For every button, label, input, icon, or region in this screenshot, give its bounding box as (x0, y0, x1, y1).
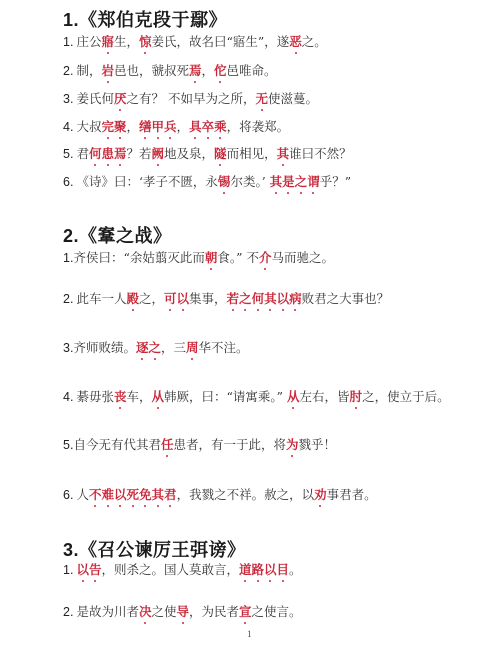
highlighted-term: 缮甲兵 (139, 119, 177, 135)
text-segment: ， (202, 63, 215, 78)
text-segment: 姜氏何 (76, 91, 114, 106)
highlighted-term: 导 (176, 604, 189, 620)
highlighted-term: 肘 (350, 389, 363, 405)
list-item: 3.姜氏何厌之有？ 不如早为之所，无使滋蔓。 (63, 91, 318, 107)
section-title-2: 2.《鞌之战》 (63, 222, 172, 248)
text-segment: 庄公 (76, 34, 101, 49)
text-segment: 之使 (151, 604, 176, 619)
text-segment: ，我戮之不祥。赦之，以 (177, 487, 315, 502)
item-number: 4. (63, 390, 73, 404)
highlighted-term: 厌 (114, 91, 127, 107)
highlighted-term: 其是之谓 (270, 174, 320, 190)
text-segment: 君 (76, 146, 89, 161)
item-number: 4. (63, 120, 73, 134)
text-segment: 马而驰之。 (272, 250, 335, 265)
item-number: 1. (63, 251, 73, 265)
text-segment: 谁曰不然？ (289, 146, 352, 161)
highlighted-term: 完聚 (101, 119, 126, 135)
text-segment: 而相见， (227, 146, 277, 161)
highlighted-term: 焉 (189, 63, 202, 79)
document-page: 1.《郑伯克段于鄢》 1.庄公寤生，惊姜氏，故名曰“寤生”，遂恶之。 2.制，岩… (0, 0, 500, 666)
text-segment: ？若 (127, 146, 152, 161)
text-segment: 齐侯曰：“余姑翦灭此而 (73, 250, 204, 265)
highlighted-term: 逐之 (136, 340, 161, 356)
text-segment: ， (177, 119, 190, 134)
text-segment: 乎？” (320, 174, 351, 189)
highlighted-term: 岩 (101, 63, 114, 79)
text-segment: 邑唯命。 (227, 63, 277, 78)
text-segment: 齐师败绩。 (73, 340, 136, 355)
highlighted-term: 佗 (214, 63, 227, 79)
highlighted-term: 殿 (126, 291, 139, 307)
section-title-3: 3.《召公谏厉王弭谤》 (63, 536, 246, 562)
text-segment: 人 (76, 487, 89, 502)
text-segment: 车， (126, 389, 151, 404)
item-number: 2. (63, 605, 73, 619)
text-segment: 自今无有代其君 (73, 437, 161, 452)
text-segment: 。 (289, 562, 302, 577)
item-number: 3. (63, 341, 73, 355)
item-number: 5. (63, 147, 73, 161)
highlighted-term: 介 (259, 250, 272, 266)
highlighted-term: 以告 (76, 562, 101, 578)
list-item: 4.大叔完聚，缮甲兵，具卒乘，将袭郑。 (63, 119, 289, 135)
item-number: 6. (63, 175, 73, 189)
list-item: 2.此车一人殿之，可以集事，若之何其以病败君之大事也？ (63, 291, 389, 307)
item-number: 2. (63, 292, 73, 306)
list-item: 4.綦毋张丧车，从韩厥，曰：“请寓乘。” 从左右，皆肘之，使立于后。 (63, 389, 450, 405)
highlighted-term: 锡 (218, 174, 231, 190)
highlighted-term: 具卒乘 (189, 119, 227, 135)
highlighted-term: 从 (287, 389, 300, 405)
item-number: 6. (63, 488, 73, 502)
text-segment: 制， (76, 63, 101, 78)
text-segment: 左右，皆 (300, 389, 350, 404)
text-segment: 之。 (302, 34, 327, 49)
item-number: 1. (63, 35, 73, 49)
highlighted-term: 丧 (114, 389, 127, 405)
text-segment: 集事， (189, 291, 227, 306)
text-segment: ，将袭郑。 (227, 119, 290, 134)
highlighted-term: 阙 (152, 146, 165, 162)
text-segment: 败君之大事也？ (302, 291, 390, 306)
highlighted-term: 寤 (101, 34, 114, 50)
item-number: 1. (63, 563, 73, 577)
list-item: 1.以告，则杀之。国人莫敢言，道路以目。 (63, 562, 302, 578)
item-number: 2. (63, 64, 73, 78)
text-segment: 之有？ 不如早为之所， (126, 91, 255, 106)
text-segment: 食。” 不 (217, 250, 259, 265)
text-segment: ， (126, 119, 139, 134)
text-segment: 此车一人 (76, 291, 126, 306)
item-number: 3. (63, 92, 73, 106)
highlighted-term: 道路以目 (239, 562, 289, 578)
list-item: 5.君何患焉？若阙地及泉，隧而相见，其谁曰不然？ (63, 146, 352, 162)
text-segment: 邑也，虢叔死 (114, 63, 189, 78)
text-segment: ，为民者 (189, 604, 239, 619)
highlighted-term: 从 (151, 389, 164, 405)
text-segment: 事君者。 (327, 487, 377, 502)
list-item: 2.是故为川者决之使导，为民者宣之使言。 (63, 604, 302, 620)
text-segment: 患者，有一于此，将 (173, 437, 286, 452)
text-segment: 生， (114, 34, 139, 49)
list-item: 2.制，岩邑也，虢叔死焉，佗邑唯命。 (63, 63, 277, 79)
list-item: 6.人不难以死免其君，我戮之不祥。赦之，以劝事君者。 (63, 487, 377, 503)
highlighted-term: 宣 (239, 604, 252, 620)
text-segment: 姜氏，故名曰“寤生”，遂 (152, 34, 290, 49)
list-item: 5.自今无有代其君任患者，有一于此，将为戮乎！ (63, 437, 336, 453)
text-segment: 大叔 (76, 119, 101, 134)
text-segment: 地及泉， (164, 146, 214, 161)
text-segment: ，则杀之。国人莫敢言， (101, 562, 239, 577)
highlighted-term: 任 (161, 437, 174, 453)
item-number: 5. (63, 438, 73, 452)
list-item: 1.齐侯曰：“余姑翦灭此而朝食。” 不介马而驰之。 (63, 250, 334, 266)
highlighted-term: 若之何其以病 (227, 291, 302, 307)
highlighted-term: 隧 (214, 146, 227, 162)
text-segment: 使滋蔓。 (268, 91, 318, 106)
highlighted-term: 朝 (205, 250, 218, 266)
text-segment: 《诗》曰：‘孝子不匮，永 (76, 174, 217, 189)
highlighted-term: 何患焉 (89, 146, 127, 162)
text-segment: 綦毋张 (76, 389, 114, 404)
text-segment: 尔类。’ (230, 174, 269, 189)
highlighted-term: 可以 (164, 291, 189, 307)
text-segment: 之， (139, 291, 164, 306)
text-segment: 之使言。 (252, 604, 302, 619)
text-segment: 华不注。 (199, 340, 249, 355)
list-item: 6.《诗》曰：‘孝子不匮，永锡尔类。’ 其是之谓乎？” (63, 174, 351, 190)
list-item: 1.庄公寤生，惊姜氏，故名曰“寤生”，遂恶之。 (63, 34, 327, 50)
page-number: 1 (247, 629, 252, 639)
section-title-1: 1.《郑伯克段于鄢》 (63, 6, 227, 32)
highlighted-term: 不难以死免其君 (89, 487, 177, 503)
list-item: 3.齐师败绩。逐之，三周华不注。 (63, 340, 249, 356)
highlighted-term: 周 (186, 340, 199, 356)
text-segment: 是故为川者 (76, 604, 139, 619)
highlighted-term: 决 (139, 604, 152, 620)
highlighted-term: 无 (255, 91, 268, 107)
text-segment: 之，使立于后。 (362, 389, 450, 404)
highlighted-term: 为 (286, 437, 299, 453)
text-segment: 韩厥，曰：“请寓乘。” (164, 389, 287, 404)
highlighted-term: 劝 (314, 487, 327, 503)
highlighted-term: 其 (277, 146, 290, 162)
text-segment: ，三 (161, 340, 186, 355)
text-segment: 戮乎！ (299, 437, 337, 452)
highlighted-term: 惊 (139, 34, 152, 50)
highlighted-term: 恶 (289, 34, 302, 50)
